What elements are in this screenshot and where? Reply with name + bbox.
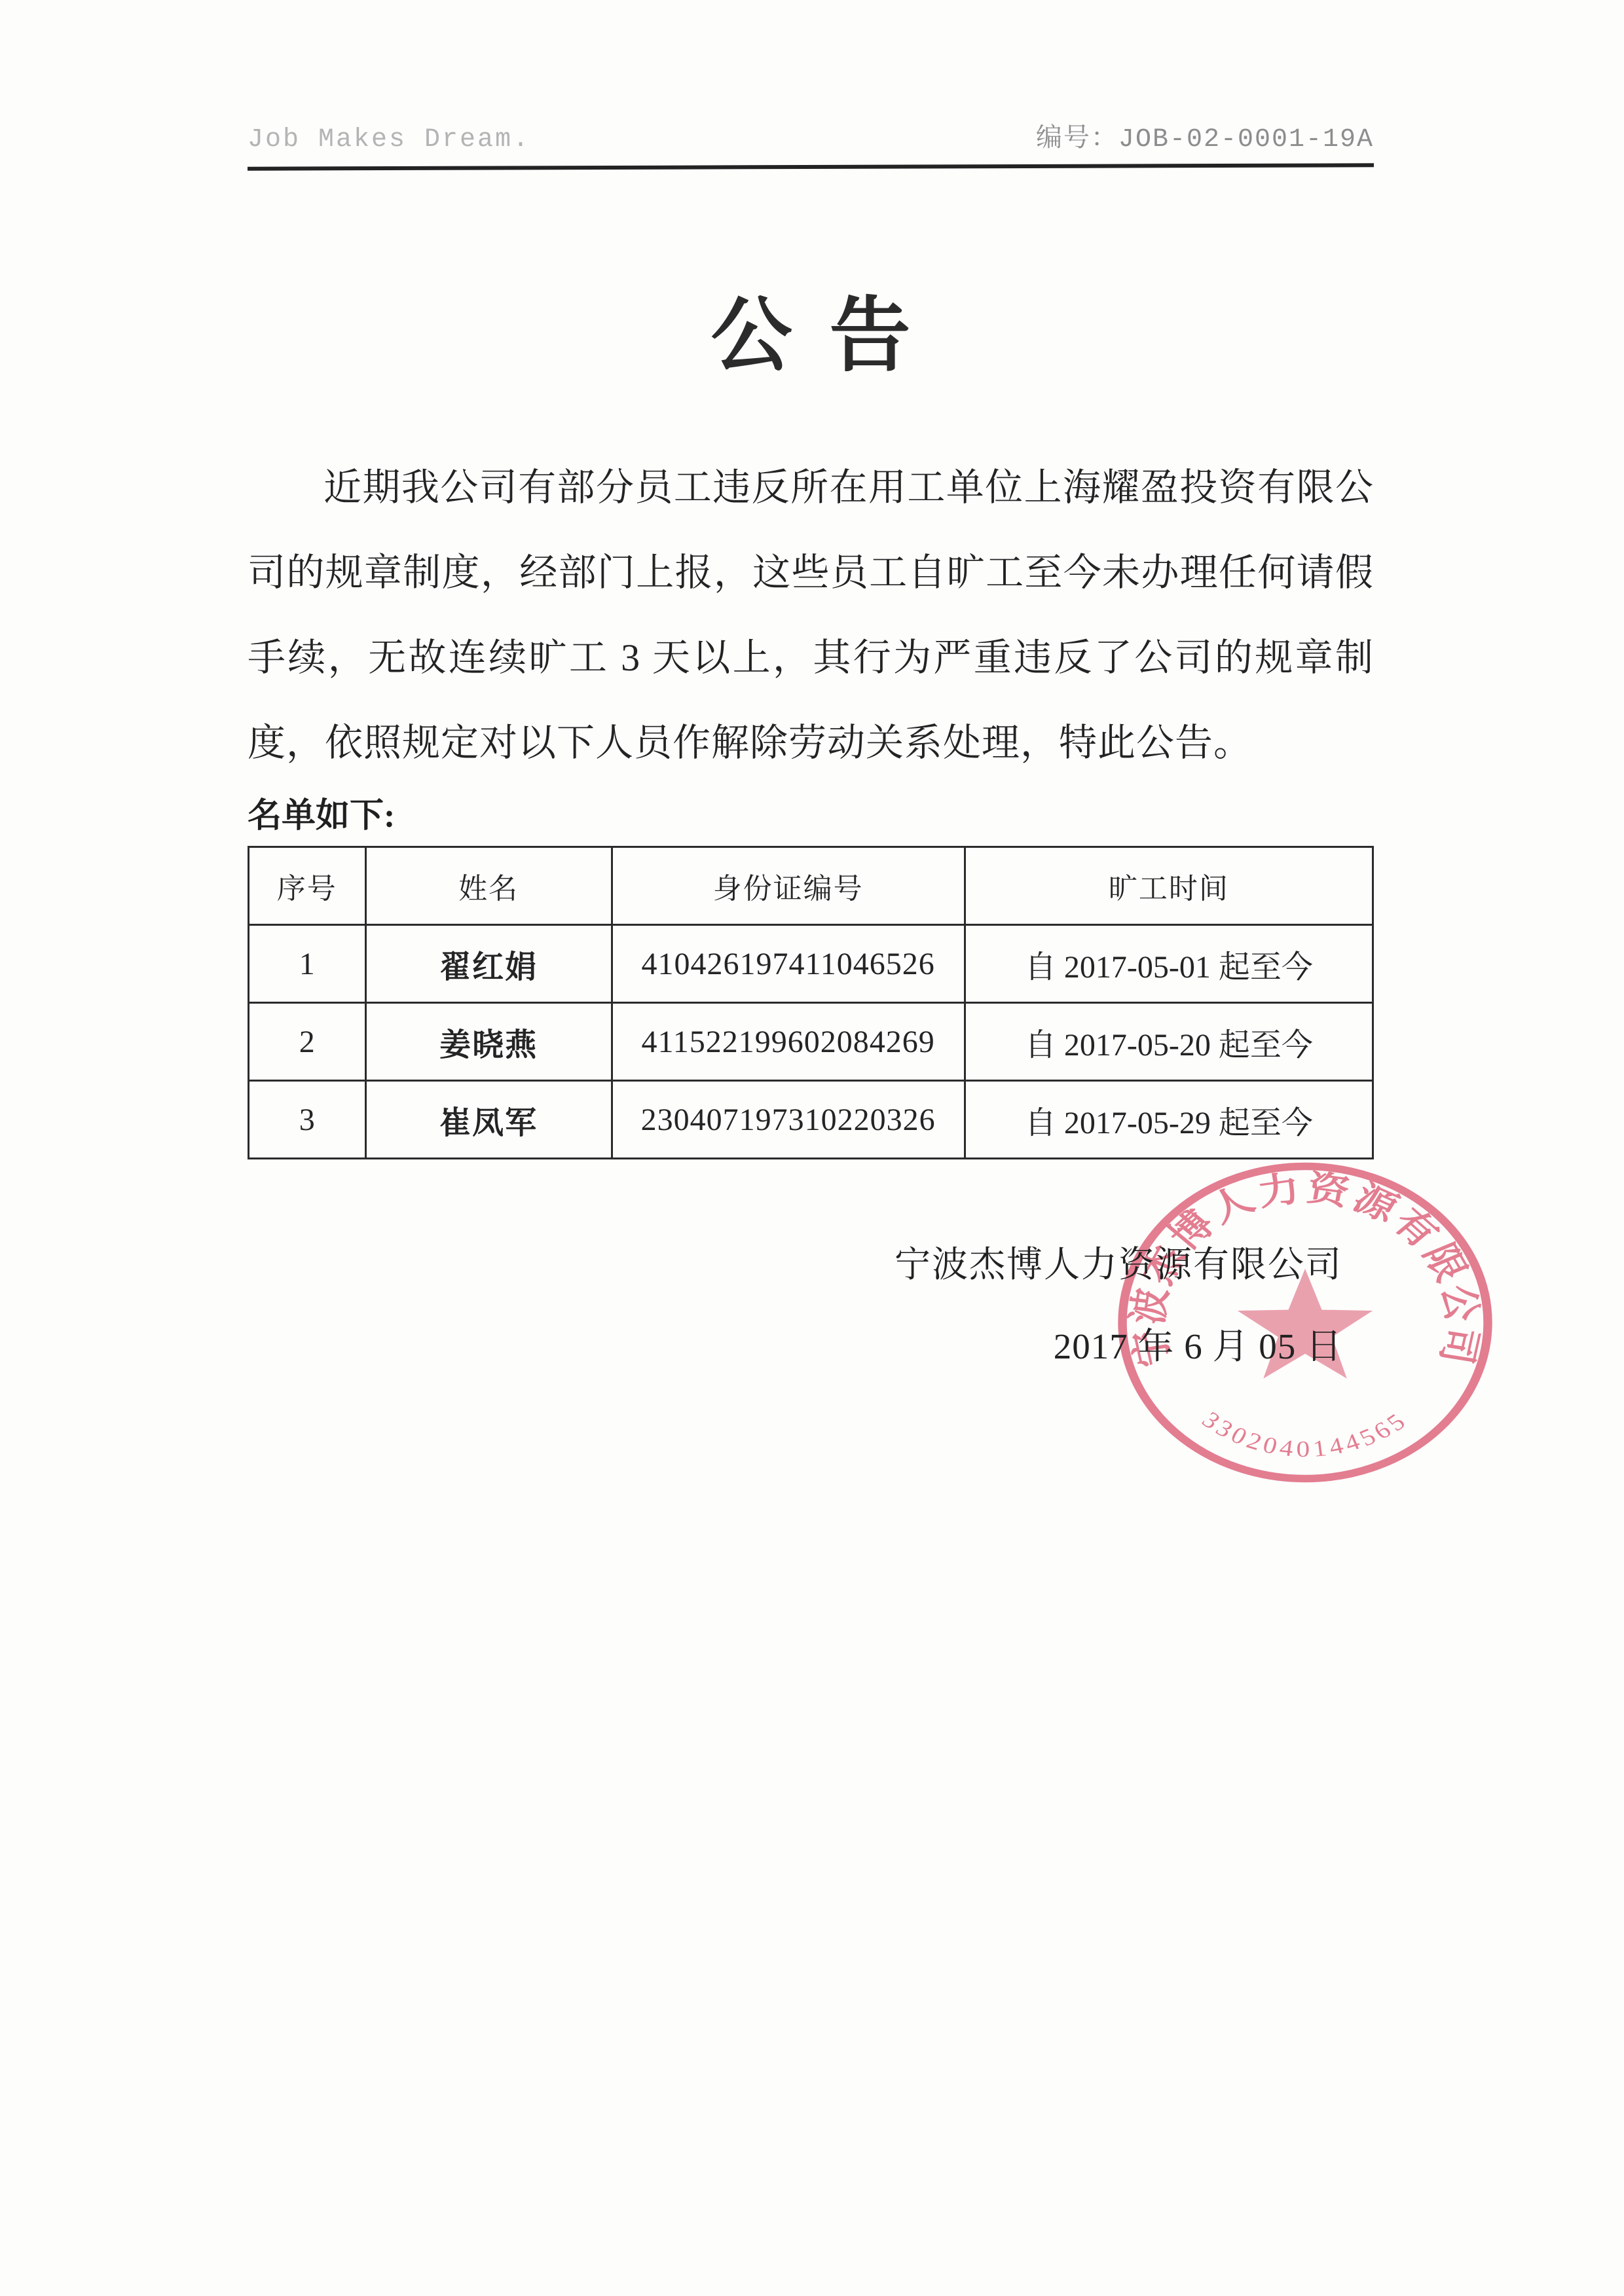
document-content: Job Makes Dream. 编号：JOB-02-0001-19A 公 告 … [0, 0, 1624, 1372]
cell-id-number: 411522199602084269 [612, 1003, 965, 1081]
table-row: 1 翟红娟 410426197411046526 自 2017-05-01 起至… [249, 925, 1373, 1003]
cell-absence-period: 自 2017-05-01 起至今 [965, 925, 1373, 1003]
header-cell-id: 身份证编号 [612, 847, 965, 925]
cell-index: 3 [249, 1081, 366, 1159]
cell-absence-period: 自 2017-05-29 起至今 [965, 1081, 1373, 1159]
cell-name: 姜晓燕 [365, 1003, 612, 1081]
header-cell-index: 序号 [249, 847, 366, 925]
page-title: 公 告 [248, 293, 1374, 380]
seal-serial-number-text: 3302040144565 [1196, 1407, 1414, 1462]
table-header-row: 序号 姓名 身份证编号 旷工时间 [249, 847, 1373, 925]
signature-date: 2017 年 6 月 05 日 [248, 1321, 1342, 1372]
cell-index: 2 [249, 1003, 366, 1081]
table-row: 3 崔凤军 230407197310220326 自 2017-05-29 起至… [249, 1081, 1373, 1159]
letterhead-slogan: Job Makes Dream. [248, 124, 530, 156]
svg-text:3302040144565: 3302040144565 [1196, 1407, 1414, 1462]
letterhead-rule [248, 163, 1374, 170]
cell-name: 翟红娟 [365, 925, 612, 1003]
announcement-document: Job Makes Dream. 编号：JOB-02-0001-19A 公 告 … [0, 0, 1624, 2296]
signature-block: 宁波杰博人力资源有限公司 2017 年 6 月 05 日 [248, 1239, 1374, 1372]
cell-absence-period: 自 2017-05-20 起至今 [965, 1003, 1373, 1081]
cell-id-number: 230407197310220326 [612, 1081, 965, 1159]
document-number: 编号：JOB-02-0001-19A [1036, 124, 1374, 156]
cell-index: 1 [249, 925, 366, 1003]
table-row: 2 姜晓燕 411522199602084269 自 2017-05-20 起至… [249, 1003, 1373, 1081]
signature-company: 宁波杰博人力资源有限公司 [248, 1239, 1342, 1290]
roster-table: 序号 姓名 身份证编号 旷工时间 1 翟红娟 41042619741104652… [248, 846, 1374, 1159]
cell-id-number: 410426197411046526 [612, 925, 965, 1003]
header-cell-name: 姓名 [365, 847, 612, 925]
letterhead: Job Makes Dream. 编号：JOB-02-0001-19A [248, 124, 1374, 156]
roster-label: 名单如下: [248, 796, 1374, 837]
cell-name: 崔凤军 [365, 1081, 612, 1159]
body-paragraph: 近期我公司有部分员工违反所在用工单位上海耀盈投资有限公司的规章制度，经部门上报，… [248, 445, 1374, 786]
header-cell-absence: 旷工时间 [965, 847, 1373, 925]
